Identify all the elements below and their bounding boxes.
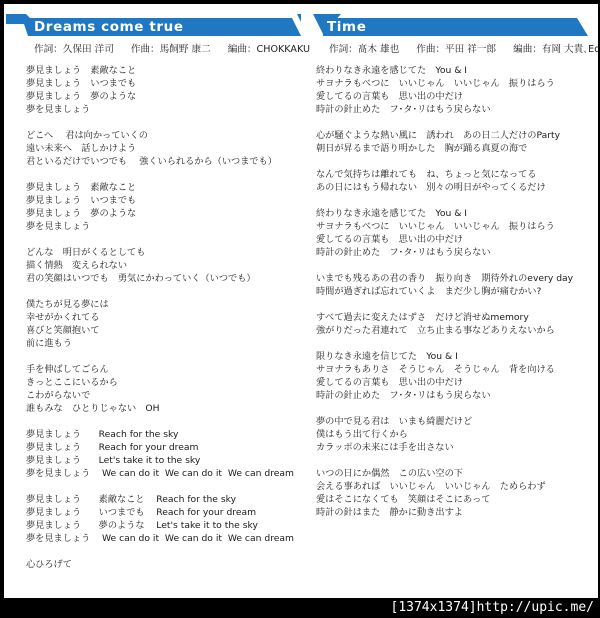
- stanza: 終わりなき永遠を感じてた You & Iサヨナラもべつに いいじゃん いいじゃん…: [316, 207, 573, 259]
- song-title: Time: [327, 17, 366, 37]
- credit-lyrics: 作詞：久保田 洋司: [34, 44, 114, 55]
- lyric-line: 夢見ましょう Reach for your dream: [26, 441, 294, 454]
- lyric-line: 夢見ましょう いつまでも: [26, 194, 294, 207]
- stanza: 限りなき永遠を信じてた You & Iサヨナラもありさ そうじゃん そうじゃん …: [316, 350, 573, 402]
- lyric-line: 幸せがかくれてる: [26, 311, 294, 324]
- stanza: 夢見ましょう 素敵なこと夢見ましょう いつまでも夢見ましょう 夢のような夢を見ま…: [26, 64, 294, 116]
- stanza: 僕たちが見る夢には幸せがかくれてる喜びと笑顔抱いて前に進もう: [26, 298, 294, 350]
- lyric-line: いまでも残るあの君の香り 振り向き 期待外れのevery day: [316, 272, 573, 285]
- lyric-line: 夢を見ましょう We can do it We can do it We can…: [26, 467, 294, 480]
- lyric-line: いつの日にか偶然 この広い空の下: [316, 467, 573, 480]
- lyric-line: 喜びと笑顔抱いて: [26, 324, 294, 337]
- lyric-line: 僕はもう出て行くから: [316, 428, 573, 441]
- lyric-line: こわがらないで: [26, 389, 294, 402]
- lyric-line: 夢見ましょう いつまでも: [26, 77, 294, 90]
- stanza: すべて過去に変えたはずさ だけど消せぬmemory強がりだった君連れて 立ち止ま…: [316, 311, 573, 337]
- watermark-text: [1374x1374]http://upic.me/: [391, 599, 595, 617]
- lyric-line: 誰もみな ひとりじゃない OH: [26, 402, 294, 415]
- lyric-line: 時計の針止めた フ･タ･リはもう戻らない: [316, 246, 573, 259]
- lyric-line: 愛してるの言葉も 思い出の中だけ: [316, 233, 573, 246]
- lyric-line: 夢見ましょう いつまでも Reach for your dream: [26, 506, 294, 519]
- credit-arrange: 編曲：有岡 大貴､Eddy: [513, 44, 598, 55]
- lyric-line: サヨナラもべつに いいじゃん いいじゃん 振りはらう: [316, 77, 573, 90]
- credit-music: 作曲：平田 祥一郎: [416, 44, 496, 55]
- lyric-line: 前に進もう: [26, 337, 294, 350]
- lyric-line: 時計の針はまた 静かに動き出すよ: [316, 506, 573, 519]
- stanza: 夢見ましょう 素敵なこと Reach for the sky夢見ましょう いつま…: [26, 493, 294, 545]
- lyric-line: 君の笑顔はいつでも 勇気にかわっていく（いつでも）: [26, 272, 294, 285]
- song-dreams-come-true: Dreams come true 作詞：久保田 洋司 作曲：馬飼野 康二 編曲：…: [4, 4, 301, 598]
- lyric-line: 遠い未来へ 話しかけよう: [26, 142, 294, 155]
- lyric-line: 君といるだけでいつでも 強くいられるから（いつまでも）: [26, 155, 294, 168]
- lyric-line: 夢を見ましょう: [26, 103, 294, 116]
- lyric-line: 僕たちが見る夢には: [26, 298, 294, 311]
- lyric-line: あの日にはもう帰れない 別々の明日がやってくるだけ: [316, 181, 573, 194]
- lyric-line: 夢見ましょう 夢のような: [26, 90, 294, 103]
- lyric-line: 時計の針止めた フ･タ･リはもう戻らない: [316, 103, 573, 116]
- footer-bar: [1374x1374]http://upic.me/: [0, 598, 600, 618]
- credit-music: 作曲：馬飼野 康二: [131, 44, 211, 55]
- lyric-line: 夢見ましょう Let's take it to the sky: [26, 454, 294, 467]
- lyrics-body: 夢見ましょう 素敵なこと夢見ましょう いつまでも夢見ましょう 夢のような夢を見ま…: [26, 64, 294, 584]
- lyric-line: 夢見ましょう 夢のような: [26, 207, 294, 220]
- lyric-line: 夢見ましょう 素敵なこと Reach for the sky: [26, 493, 294, 506]
- lyric-line: 愛してるの言葉も 思い出の中だけ: [316, 90, 573, 103]
- lyric-line: 朝日が昇るまで語り明かした 胸が踊る真夏の海で: [316, 142, 573, 155]
- stanza: 終わりなき永遠を感じてた You & Iサヨナラもべつに いいじゃん いいじゃん…: [316, 64, 573, 116]
- lyric-line: 会える事あれば いいじゃん いいじゃん ためらわず: [316, 480, 573, 493]
- lyric-line: 夢を見ましょう: [26, 220, 294, 233]
- stanza: 手を伸ばしてごらんきっとここにいるからこわがらないで誰もみな ひとりじゃない O…: [26, 363, 294, 415]
- lyric-line: 手を伸ばしてごらん: [26, 363, 294, 376]
- stanza: どこへ 君は向かっていくの遠い未来へ 話しかけよう君といるだけでいつでも 強くい…: [26, 129, 294, 168]
- lyric-line: 心が騒ぐような熱い風に 誘われ あの日二人だけのParty: [316, 129, 573, 142]
- lyric-line: 時計の針止めた フ･タ･リはもう戻らない: [316, 389, 573, 402]
- lyrics-page: Dreams come true 作詞：久保田 洋司 作曲：馬飼野 康二 編曲：…: [4, 4, 598, 598]
- stanza: 夢見ましょう Reach for the sky夢見ましょう Reach for…: [26, 428, 294, 480]
- lyric-line: どんな 明日がくるとしても: [26, 246, 294, 259]
- lyric-line: きっとここにいるから: [26, 376, 294, 389]
- stanza: どんな 明日がくるとしても描く情熱 変えられない君の笑顔はいつでも 勇気にかわっ…: [26, 246, 294, 285]
- lyric-line: 限りなき永遠を信じてた You & I: [316, 350, 573, 363]
- stanza: 心が騒ぐような熱い風に 誘われ あの日二人だけのParty朝日が昇るまで語り明か…: [316, 129, 573, 155]
- stanza: 夢の中で見る君は いまも綺麗だけど僕はもう出て行くからカラッポの未来には手を出さ…: [316, 415, 573, 454]
- lyric-line: 愛はそこになくても 笑顔はそこにあって: [316, 493, 573, 506]
- lyric-line: 夢を見ましょう We can do it We can do it We can…: [26, 532, 294, 545]
- lyric-line: サヨナラもありさ そうじゃん そうじゃん 背を向ける: [316, 363, 573, 376]
- lyric-line: サヨナラもべつに いいじゃん いいじゃん 振りはらう: [316, 220, 573, 233]
- lyric-line: 夢の中で見る君は いまも綺麗だけど: [316, 415, 573, 428]
- lyric-line: なんで気持ちは離れても ね、ちょっと気になってる: [316, 168, 573, 181]
- lyric-line: 終わりなき永遠を感じてた You & I: [316, 64, 573, 77]
- song-credits: 作詞：久保田 洋司 作曲：馬飼野 康二 編曲：CHOKKAKU: [34, 41, 324, 55]
- lyric-line: 心ひろげて: [26, 558, 294, 571]
- stanza: いまでも残るあの君の香り 振り向き 期待外れのevery day時間が過ぎれば忘…: [316, 272, 573, 298]
- lyrics-body: 終わりなき永遠を感じてた You & Iサヨナラもべつに いいじゃん いいじゃん…: [316, 64, 573, 532]
- lyric-line: 強がりだった君連れて 立ち止まる事などありえないから: [316, 324, 573, 337]
- lyric-line: 夢見ましょう 素敵なこと: [26, 64, 294, 77]
- lyric-line: 描く情熱 変えられない: [26, 259, 294, 272]
- lyric-line: すべて過去に変えたはずさ だけど消せぬmemory: [316, 311, 573, 324]
- song-credits: 作詞：髙木 雄也 作曲：平田 祥一郎 編曲：有岡 大貴､Eddy: [329, 41, 598, 55]
- song-title: Dreams come true: [34, 17, 184, 37]
- lyric-line: 時間が過ぎれば忘れていくよ まだ少し胸が痛むかい?: [316, 285, 573, 298]
- lyric-line: 夢見ましょう 素敵なこと: [26, 181, 294, 194]
- credit-arrange: 編曲：CHOKKAKU: [228, 44, 310, 55]
- stanza: いつの日にか偶然 この広い空の下会える事あれば いいじゃん いいじゃん ためらわ…: [316, 467, 573, 519]
- lyric-line: どこへ 君は向かっていくの: [26, 129, 294, 142]
- lyric-line: カラッポの未来には手を出さない: [316, 441, 573, 454]
- lyric-line: 愛してるの言葉も 思い出の中だけ: [316, 376, 573, 389]
- stanza: 夢見ましょう 素敵なこと夢見ましょう いつまでも夢見ましょう 夢のような夢を見ま…: [26, 181, 294, 233]
- song-time: Time 作詞：髙木 雄也 作曲：平田 祥一郎 編曲：有岡 大貴､Eddy 終わ…: [301, 4, 598, 598]
- stanza: なんで気持ちは離れても ね、ちょっと気になってるあの日にはもう帰れない 別々の明…: [316, 168, 573, 194]
- stanza: 心ひろげて: [26, 558, 294, 571]
- credit-lyrics: 作詞：髙木 雄也: [329, 44, 399, 55]
- lyric-line: 夢見ましょう 夢のような Let's take it to the sky: [26, 519, 294, 532]
- lyric-line: 夢見ましょう Reach for the sky: [26, 428, 294, 441]
- lyric-line: 終わりなき永遠を感じてた You & I: [316, 207, 573, 220]
